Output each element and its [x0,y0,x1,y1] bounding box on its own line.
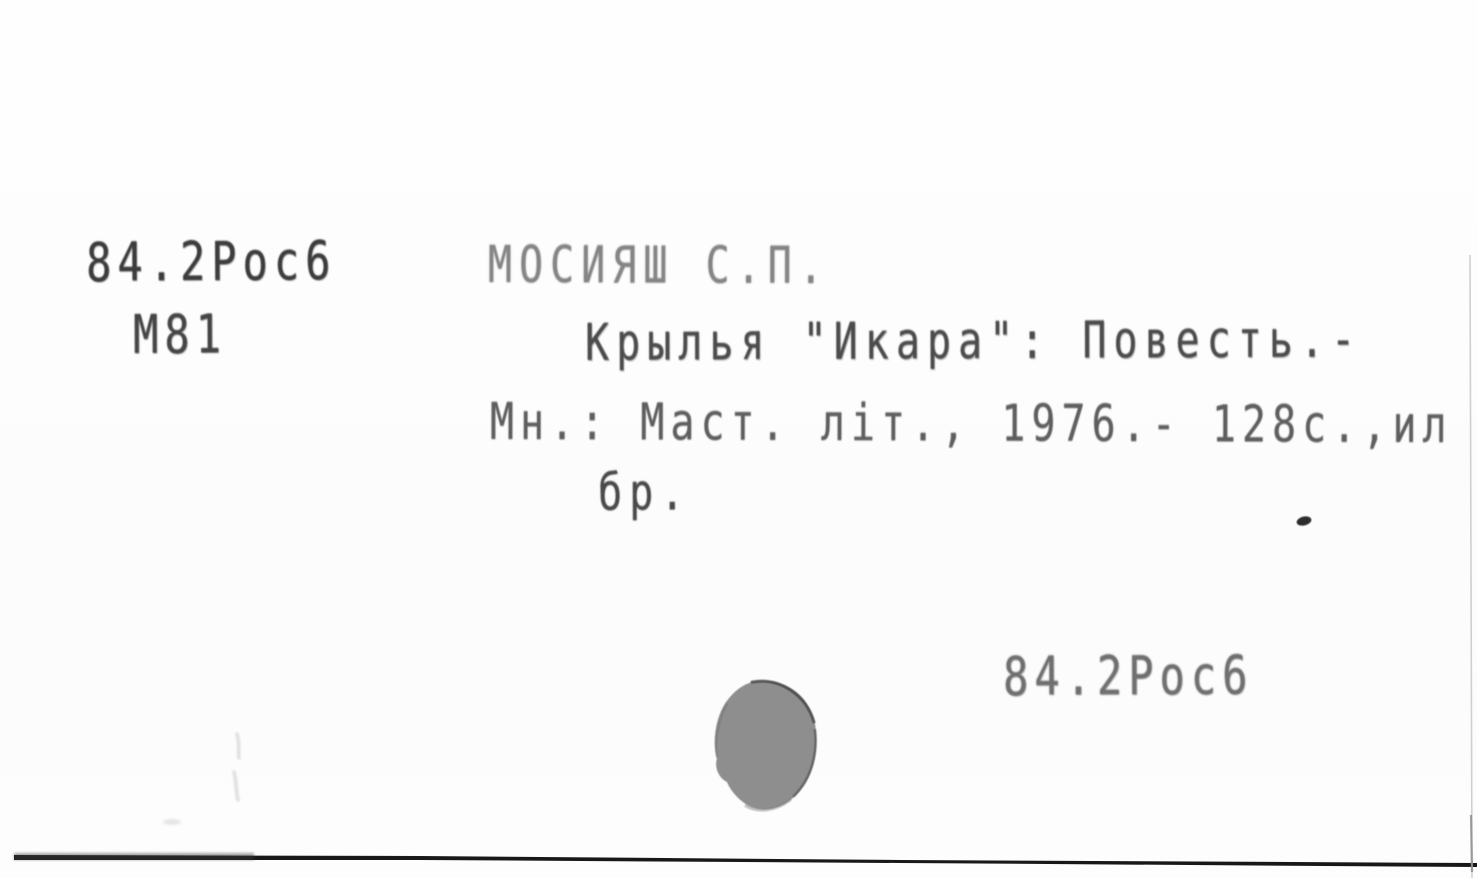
bottom-edge-left-fuzz [14,853,254,860]
pencil-mark-1 [237,734,239,758]
right-edge-stroke-dark [1471,815,1472,872]
card-right-edge-line [1470,255,1472,878]
pencil-mark-2 [234,772,238,800]
faint-smear [163,819,181,825]
scan-artifacts-layer [0,0,1477,878]
fingerprint-smudge [715,681,817,810]
right-edge-stroke [1470,255,1472,878]
card-bottom-edge-line [14,853,1477,867]
catalog-card-scan: 84.2Рос6 М81 МОСИЯШ С.П. Крылья "Икара":… [0,0,1477,878]
faint-pencil-marks [234,734,239,800]
ink-speck [1296,515,1313,527]
